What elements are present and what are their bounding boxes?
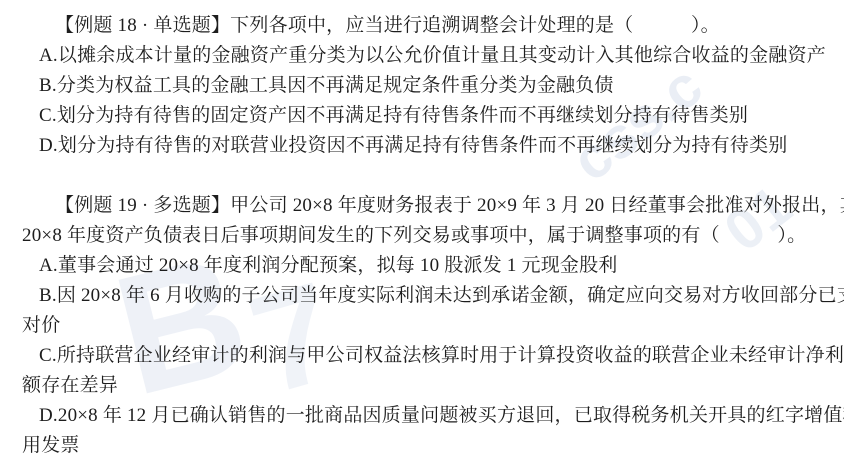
question-19-option-b-line-1: B.因 20×8 年 6 月收购的子公司当年度实际利润未达到承诺金额，确定应向交… (22, 281, 838, 311)
question-19-option-c-line-1: C.所持联营企业经审计的利润与甲公司权益法核算时用于计算投资收益的联营企业未经审… (22, 341, 838, 371)
question-18-option-d: D.划分为持有待售的对联营业投资因不再满足持有待售条件而不再继续划分为持有待类别 (22, 131, 838, 161)
question-18-option-a: A.以摊余成本计量的金融资产重分类为以公允价值计量且其变动计入其他综合收益的金融… (22, 41, 838, 71)
question-19-option-a: A.董事会通过 20×8 年度利润分配预案，拟每 10 股派发 1 元现金股利 (22, 251, 838, 281)
paragraph-gap (22, 161, 838, 191)
question-19-header-line-1: 【例题 19 · 多选题】甲公司 20×8 年度财务报表于 20×9 年 3 月… (22, 191, 838, 221)
question-18-option-c: C.划分为持有待售的固定资产因不再满足持有待售条件而不再继续划分持有待售类别 (22, 101, 838, 131)
question-19-option-b-line-2: 对价 (22, 311, 838, 341)
question-19-option-d-line-1: D.20×8 年 12 月已确认销售的一批商品因质量问题被买方退回，已取得税务机… (22, 401, 838, 431)
question-19-option-c-line-2: 额存在差异 (22, 371, 838, 401)
question-text-block: 【例题 18 · 单选题】下列各项中，应当进行追溯调整会计处理的是（ ）。 A.… (22, 11, 838, 461)
question-19-option-d-line-2: 用发票 (22, 431, 838, 461)
question-19-header-line-2: 20×8 年度资产负债表日后事项期间发生的下列交易或事项中，属于调整事项的有（ … (22, 221, 838, 251)
question-18-option-b: B.分类为权益工具的金融工具因不再满足规定条件重分类为金融负债 (22, 71, 838, 101)
question-18-header: 【例题 18 · 单选题】下列各项中，应当进行追溯调整会计处理的是（ ）。 (22, 11, 838, 41)
exam-document-page: B 7 css.c 01 【例题 18 · 单选题】下列各项中，应当进行追溯调整… (0, 0, 844, 474)
